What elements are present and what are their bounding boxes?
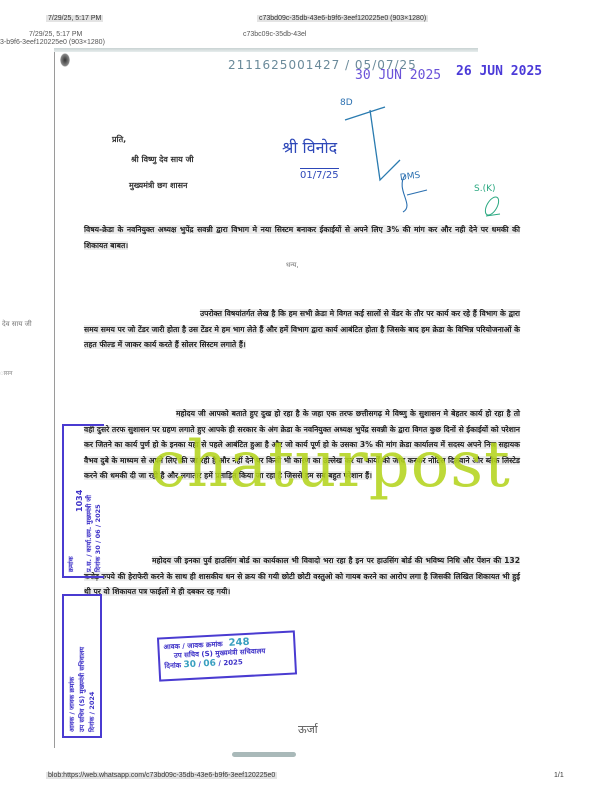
- received-stamp-bottom: आवक / जावक क्रमांक248 उप सचिव (S) मुख्यम…: [157, 630, 297, 681]
- stamp-month: 06: [203, 659, 216, 670]
- received-stamp-date-2: 26 JUN 2025: [456, 64, 542, 79]
- scan-corner-mark: [60, 53, 70, 67]
- handwritten-sign-date: 01/7/25: [300, 168, 339, 181]
- to-label: प्रति,: [112, 134, 126, 145]
- stamp-label: क्रमांक: [66, 432, 75, 572]
- stamp-number: 1034: [75, 462, 84, 512]
- print-page-number: 1/1: [552, 772, 566, 779]
- paragraph-1: उपरोक्त विषयांतर्गत लेख है कि हम सभी क्र…: [84, 306, 520, 353]
- stamp-year: / 2025: [218, 658, 243, 667]
- handwritten-initials-right: S.(K): [474, 184, 496, 194]
- subject-line: विषय-क्रेडा के नवनियुक्त अध्यक्ष भुपेंद्…: [84, 222, 520, 253]
- ghost-left-title: 3-b9f6-3eef120225e0 (903×1280): [0, 39, 105, 46]
- stamp-day: 30: [183, 660, 196, 671]
- handwritten-loop: [478, 194, 508, 224]
- ghost-side-text-2: ासन: [0, 369, 13, 377]
- stamp-label: आवक / जावक क्रमांक: [67, 602, 76, 732]
- print-title: c73bd09c-35db-43e6-b9f6-3eef120225e0 (90…: [257, 15, 428, 22]
- page-scrollbar[interactable]: [232, 752, 296, 757]
- handwritten-flourish: [395, 170, 435, 215]
- stamp-office: उप सचिव (S) मुख्यमंत्री सचिवालय: [77, 602, 86, 732]
- bottom-signature: ऊर्जा: [298, 722, 318, 737]
- recipient-name: श्री विष्णु देव साय जी: [131, 154, 194, 165]
- print-date-time: 7/29/25, 5:17 PM: [46, 15, 103, 22]
- ghost-date-time: 7/29/25, 5:17 PM: [29, 31, 82, 38]
- margin-note: धन्य,: [286, 261, 299, 270]
- print-footer-url: blob:https://web.whatsapp.com/c73bd09c-3…: [46, 772, 277, 779]
- ghost-title: c73bc09c-35db-43el: [243, 31, 306, 38]
- stamp-office: प्र.स. / कार्या.सम. मुख्यमंत्री जी: [84, 432, 93, 572]
- handwritten-signature: श्री विनोद: [282, 136, 337, 158]
- received-stamp-left-lower: आवक / जावक क्रमांक उप सचिव (S) मुख्यमंत्…: [62, 594, 102, 738]
- page-top-edge: [54, 48, 478, 52]
- received-stamp-left-upper: क्रमांक 1034 प्र.स. / कार्या.सम. मुख्यमं…: [62, 424, 104, 578]
- received-stamp-date-1: 30 JUN 2025: [355, 68, 441, 83]
- recipient-designation: मुख्यमंत्री छग शासन: [129, 180, 187, 191]
- stamp-date: दिनांक / 2024: [87, 602, 96, 732]
- ghost-side-text-1: देव साय जी: [2, 320, 32, 329]
- stamp-date: दिनांक 30 / 06 / 2025: [93, 432, 102, 572]
- watermark: chaturpost: [150, 428, 511, 502]
- paragraph-3: महोदय जी इनका पुर्व हाउसिंग बोर्ड का कार…: [84, 553, 520, 600]
